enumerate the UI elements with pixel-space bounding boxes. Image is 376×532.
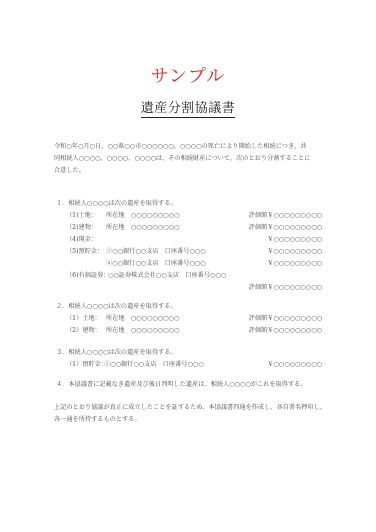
section3-item1-label: （1）預貯金： xyxy=(66,361,107,369)
intro-line-3: 合意した。 xyxy=(54,167,85,175)
section1-item3-value: ￥○○○○○○○○○ xyxy=(267,236,322,244)
section1-item4-label: （5)預貯金： xyxy=(66,248,103,256)
section1-item5-detail: ②○○銀行○○支店 口座番号○○○ xyxy=(106,260,206,268)
section1-item4-value: ￥○○○○○○○○○ xyxy=(267,248,322,256)
document-title-text: 遺産分割協議書 xyxy=(141,101,236,118)
closing-line-2: 各一通を所持するものとする。 xyxy=(54,416,141,424)
section1-item6-detail: ○○証券株式会社○○支店 口座番号○○○ xyxy=(108,272,226,280)
section1-item1-detail: 所在地 ○○○○○○○○○ xyxy=(106,212,179,220)
section1-item1-label: （1)土地： xyxy=(66,212,97,220)
section2-item2-detail: 所在地 ○○○○○○○○○ xyxy=(106,327,179,335)
sample-watermark: サンプル xyxy=(0,66,376,88)
intro-line-2: 同相続人○○○○、○○○○、○○○○は、その相続財産について、次のとおり分割する… xyxy=(54,155,310,163)
section2-item1-detail: 所在地 ○○○○○○○○○ xyxy=(106,315,179,323)
section2-item2-label: （2）建物： xyxy=(66,327,101,335)
document-title: 遺産分割協議書 xyxy=(0,99,376,117)
intro-line-1: 令和○年○月○日、○○県○○市○○○○○○、○○○○の死亡により開始した相続につ… xyxy=(54,143,306,151)
section1-item2-value: 評価額￥○○○○○○○○○ xyxy=(249,224,322,232)
section1-item6-label: （6)有価証券： xyxy=(66,272,109,280)
section1-item2-label: （2)建物： xyxy=(66,224,97,232)
section2-item1-value: 評価額￥○○○○○○○○○ xyxy=(249,315,322,323)
section2-item2-value: 評価額￥○○○○○○○○○ xyxy=(249,327,322,335)
section1-item2-detail: 所在地 ○○○○○○○○○ xyxy=(106,224,179,232)
section1-item4-detail: ①○○銀行○○支店 口座番号○○○ xyxy=(106,248,206,256)
section1-item1-value: 評価額￥○○○○○○○○○ xyxy=(249,212,322,220)
section1-item5-value: ￥○○○○○○○○○ xyxy=(267,260,322,268)
section4-text: ４．本協議書に記載なき遺産及び後日判明した遺産は、相続人○○○○がこれを取得する… xyxy=(56,381,307,389)
document-page: サンプル 遺産分割協議書 令和○年○月○日、○○県○○市○○○○○○、○○○○の… xyxy=(0,0,376,532)
closing-line-1: 上記のとおり協議が真正に成立したことを証するため、本協議書四通を作成し、各自署名… xyxy=(54,404,326,412)
section3-item1-value: ￥○○○○○○○○○ xyxy=(267,361,322,369)
section1-item3-label: （4)現金： xyxy=(66,236,97,244)
section3-item1-detail: ①○○銀行○○支店 口座番号○○○ xyxy=(104,361,204,369)
section2-item1-label: （1）土地： xyxy=(66,315,101,323)
section1-item7-value: 評価額￥○○○○○○○○○ xyxy=(249,284,322,292)
section3-heading: ３．相続人○○○○は次の遺産を取得する。 xyxy=(56,349,177,357)
section2-heading: ２．相続人○○○○は次の遺産を取得する。 xyxy=(56,303,177,311)
section1-heading: １．相続人○○○○は次の遺産を取得する。 xyxy=(56,200,177,208)
